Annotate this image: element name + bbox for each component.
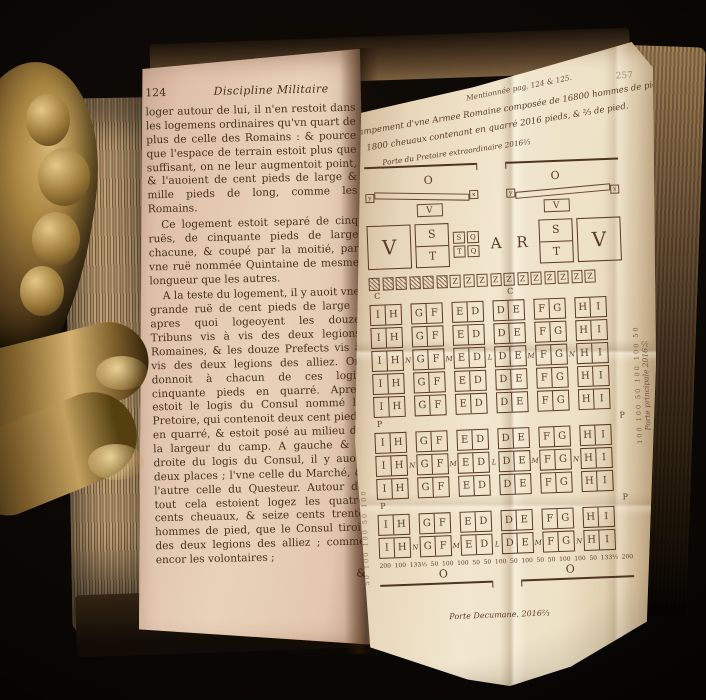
quarter-cell: G [550,322,566,342]
quarter-cell: F [428,349,444,369]
quarter-cell: F [427,326,443,346]
quarter-block: DE [499,473,532,495]
quarter-cell: F [432,454,448,474]
z-box: Z [490,273,501,286]
bottom-gate-label: Porte Decumane. 2016⅔ [409,607,589,623]
banner-tip-box: x [469,190,478,199]
hand-knuckle [38,148,90,206]
quarter-cell: I [596,448,612,468]
z-box: Z [544,271,555,284]
banner-tip-box: y [365,194,374,203]
quarter-block: DE [494,345,527,367]
quarter-cell: H [390,433,406,453]
quarter-cell: E [453,325,469,345]
quarter-block: HI [577,365,610,387]
plate-content: 257 Mentionnée pag. 124 & 125. Campement… [348,55,659,682]
quarter-cell: H [391,456,407,476]
quarter-cell: E [459,476,475,496]
quarter-block: HI [580,447,613,469]
quarter-block: FG [536,367,569,389]
quarter-cell: D [500,475,516,495]
paragraph: A la teste du logement, il y auoit vne g… [150,286,366,568]
running-title: Discipline Militaire [187,82,355,99]
plate-paper: 257 Mentionnée pag. 124 & 125. Campement… [352,42,656,686]
quarter-cell: F [435,513,451,533]
quarter-block: GF [419,535,452,557]
letter-o: O [566,562,576,577]
praetorium-row: VSTSQTQARSTV [366,214,622,272]
quarter-cell: I [597,471,613,491]
quarter-block: HI [575,319,608,341]
quarter-block: DE [492,299,525,321]
z-box: Z [557,270,568,283]
quarter-block: IH [378,537,411,559]
z-box: Z [517,272,528,285]
street-letter: P [622,492,628,501]
tiny-box: T [453,245,465,257]
quarter-cell: F [543,532,559,552]
banner-shaft [374,192,469,200]
quarter-cell: D [476,512,492,532]
quarter-cell: E [454,348,470,368]
quarter-block: DE [497,427,530,449]
quarter-cell: G [413,350,429,370]
letter-c: C [507,287,514,298]
quarter-cell: D [469,348,485,368]
small-quarters: SQTQ [453,231,480,258]
hatched-box [395,277,406,290]
quarter-cell: D [496,370,512,390]
quarter-cell: D [501,511,517,531]
quarter-block: HI [574,296,607,318]
quarter-cell: F [431,431,447,451]
quarter-block: HI [582,506,615,528]
quarter-cell: D [495,347,511,367]
quarter-cell: D [498,429,514,449]
street-letter: P [619,410,625,419]
quarter-cell: E [515,474,531,494]
quarter-cell: H [584,530,600,550]
quarter-cell: E [511,369,527,389]
tiny-box: Q [467,231,479,243]
quarter-block: FG [542,530,575,552]
v-box: V [416,203,442,217]
quarter-block: IH [372,373,405,395]
quarter-cell: G [418,478,434,498]
quarter-cell: H [386,305,402,325]
forum-letters: AR [483,233,536,253]
quarter-cell: I [371,328,387,348]
quarter-block: IH [373,396,406,418]
quarter-cell: I [373,374,389,394]
quarter-cell: E [513,428,529,448]
quarter-cell: G [411,304,427,324]
hatched-box [368,278,379,291]
gate-opening [476,162,506,170]
quarter-block: ED [456,429,489,451]
quarter-cell: G [416,432,432,452]
quarter-cell: F [534,299,550,319]
foldout-plate: 257 Mentionnée pag. 124 & 125. Campement… [352,42,656,686]
letter-o: O [423,174,433,189]
st-cell: T [540,241,573,263]
z-box: Z [584,269,595,282]
quarter-block: GF [412,348,445,370]
letter-o: O [550,169,560,184]
banner-tip-box: x [610,184,619,193]
quarter-cell: E [458,453,474,473]
quarter-cell: H [394,515,410,535]
z-box: Z [571,270,582,283]
rampart-segment [364,163,476,169]
quarter-cell: F [542,509,558,529]
quarter-cell: I [379,515,395,535]
quarter-cell: E [508,300,524,320]
quarter-cell: F [426,303,442,323]
quarter-block: ED [457,452,490,474]
quarter-cell: E [456,394,472,414]
hatched-box [409,276,420,289]
quarter-block: IH [371,350,404,372]
letter-o: O [439,567,449,582]
big-v-box: V [576,216,622,262]
quarter-block: FG [534,321,567,343]
quarter-cell: I [379,538,395,558]
hand-knuckle [32,212,80,266]
quarter-block: GF [416,453,449,475]
z-box: Z [476,274,487,287]
quarter-cell: E [457,430,473,450]
quarter-block: GF [414,394,447,416]
quarter-cell: I [594,389,610,409]
quarter-block: GF [417,476,450,498]
quarter-cell: D [473,453,489,473]
quarter-block: GF [411,325,444,347]
quarter-cell: F [541,473,557,493]
quarter-cell: G [557,508,573,528]
quarter-block: FG [541,507,574,529]
letter: A [490,234,502,252]
quarter-cell: G [553,391,569,411]
quarter-cell: E [461,535,477,555]
quarter-block: DE [500,509,533,531]
quarter-cell: E [517,533,533,553]
quarter-block: GF [410,302,443,324]
quarter-cell: D [499,452,515,472]
quarter-cell: H [582,472,598,492]
quarter-cell: I [593,366,609,386]
quarter-cell: F [539,427,555,447]
quarter-cell: D [467,302,483,322]
quarter-cell: G [417,455,433,475]
quarter-cell: G [552,368,568,388]
st-box: ST [538,218,574,263]
quarter-block: DE [501,532,534,554]
hand-knuckle [20,266,64,316]
quarter-block: HI [583,529,616,551]
quarter-block: IH [375,455,408,477]
quarter-block: HI [581,470,614,492]
photo-stage: 124 Discipline Militaire loger autour de… [0,0,706,700]
quarter-cell: I [595,425,611,445]
quarter-cell: I [376,456,392,476]
quarter-cell: G [415,396,431,416]
quarter-cell: H [578,367,594,387]
finger-highlight [88,444,144,480]
quarter-cell: F [538,391,554,411]
quarter-block: IH [370,327,403,349]
quarter-cell: D [493,301,509,321]
hatched-box [436,275,447,288]
big-v-box: V [366,224,412,270]
quarter-cell: F [537,368,553,388]
quarter-block: ED [451,301,484,323]
z-box: Z [503,273,514,286]
quarter-cell: E [514,451,530,471]
st-box: ST [414,223,450,268]
street-letter: P [380,502,386,511]
quarter-cell: E [455,371,471,391]
quarter-block: IH [378,514,411,536]
quarter-block: GF [419,512,452,534]
quarter-block: ED [454,370,487,392]
plate-corner-number: 257 [616,71,634,82]
quarter-cell: D [497,393,513,413]
quarter-block: ED [458,475,491,497]
bronze-hand-sculpture [0,0,180,560]
quarter-cell: I [592,343,608,363]
quarter-cell: D [476,535,492,555]
quarter-block: GF [415,430,448,452]
tiny-box: S [453,231,465,243]
quarter-cell: I [590,297,606,317]
quarter-cell: G [558,531,574,551]
quarter-block: ED [453,347,486,369]
quarter-block: HI [579,424,612,446]
quarter-cell: H [392,479,408,499]
quarter-block: IH [376,478,409,500]
st-cell: T [416,246,449,268]
quarter-block: ED [452,324,485,346]
quarter-cell: H [583,507,599,527]
letter-c: C [374,292,381,303]
quarter-block: ED [460,534,493,556]
finger-highlight [96,356,148,390]
quarter-cell: F [535,322,551,342]
quarter-block: DE [493,322,526,344]
quarter-cell: H [581,449,597,469]
quarter-cell: G [420,514,436,534]
quarter-cell: H [580,426,596,446]
quarter-cell: F [536,345,552,365]
quarter-cell: F [433,477,449,497]
quarter-cell: H [575,298,591,318]
quarter-cell: G [556,473,572,493]
quarter-cell: D [471,394,487,414]
tiny-box: Q [467,245,479,257]
quarter-cell: G [551,345,567,365]
quarter-cell: F [430,395,446,415]
quarter-cell: I [591,320,607,340]
quarter-cell: H [577,344,593,364]
v-box: V [543,198,569,212]
quarter-cell: E [512,392,528,412]
quarter-block: IH [369,304,402,326]
quarter-cell: H [386,328,402,348]
quarter-cell: G [555,450,571,470]
quarter-cell: D [474,476,490,496]
quarter-cell: G [549,299,565,319]
st-cell: S [415,224,448,247]
quarter-cell: E [516,510,532,530]
quarter-cell: F [540,450,556,470]
quarter-cell: I [371,306,387,326]
quarter-block: DE [498,450,531,472]
quarter-block: ED [455,393,488,415]
quarter-cell: G [412,327,428,347]
quarter-block: FG [535,344,568,366]
quarter-block: GF [413,371,446,393]
quarter-cell: G [414,373,430,393]
letter: R [516,233,528,251]
quarter-cell: I [375,433,391,453]
quarter-cell: G [420,537,436,557]
quarter-cell: E [461,512,477,532]
banner-tip-box: y [506,188,515,197]
hatched-box [382,277,393,290]
quarter-cell: D [472,430,488,450]
quarter-cell: I [372,351,388,371]
z-box: Z [463,274,474,287]
quarter-cell: H [388,374,404,394]
quarter-cell: D [468,325,484,345]
hand-knuckle [26,94,70,146]
quarter-cell: F [429,372,445,392]
quarter-cell: I [374,397,390,417]
quarter-cell: D [502,534,518,554]
quarter-block: DE [495,368,528,390]
quarter-cell: H [387,351,403,371]
street-letter: P [377,420,383,429]
rampart-segment [506,157,618,163]
quarter-cell: E [509,323,525,343]
quarter-cell: F [435,536,451,556]
quarter-block: FG [533,298,566,320]
quarter-cell: I [599,530,615,550]
quarter-block: HI [578,388,611,410]
z-box: Z [530,271,541,284]
z-box: Z [449,275,460,288]
quarter-block: ED [459,511,492,533]
quarter-cell: H [389,397,405,417]
quarter-block: DE [496,391,529,413]
quarter-cell: G [554,427,570,447]
quarter-cell: H [579,390,595,410]
quarter-cell: I [377,479,393,499]
quarter-block: FG [538,425,571,447]
quarter-block: FG [537,390,570,412]
quarter-cell: H [394,538,410,558]
st-cell: S [539,219,572,242]
camp-map: OOyxyxVVVSTSQTQARSTVZZZZZZZZZZZCCIHGFEDD… [364,157,634,593]
quarter-cell: D [494,324,510,344]
quarter-block: HI [576,342,609,364]
quarter-block: IH [374,432,407,454]
quarter-block: FG [540,471,573,493]
hatched-box [422,276,433,289]
quarter-cell: I [598,507,614,527]
catchword: & [156,566,366,584]
quarter-block: FG [539,448,572,470]
quarter-cell: D [470,371,486,391]
quarter-cell: E [510,346,526,366]
quarter-cell: E [452,302,468,322]
gate-opening [492,579,522,587]
quarter-cell: H [576,321,592,341]
